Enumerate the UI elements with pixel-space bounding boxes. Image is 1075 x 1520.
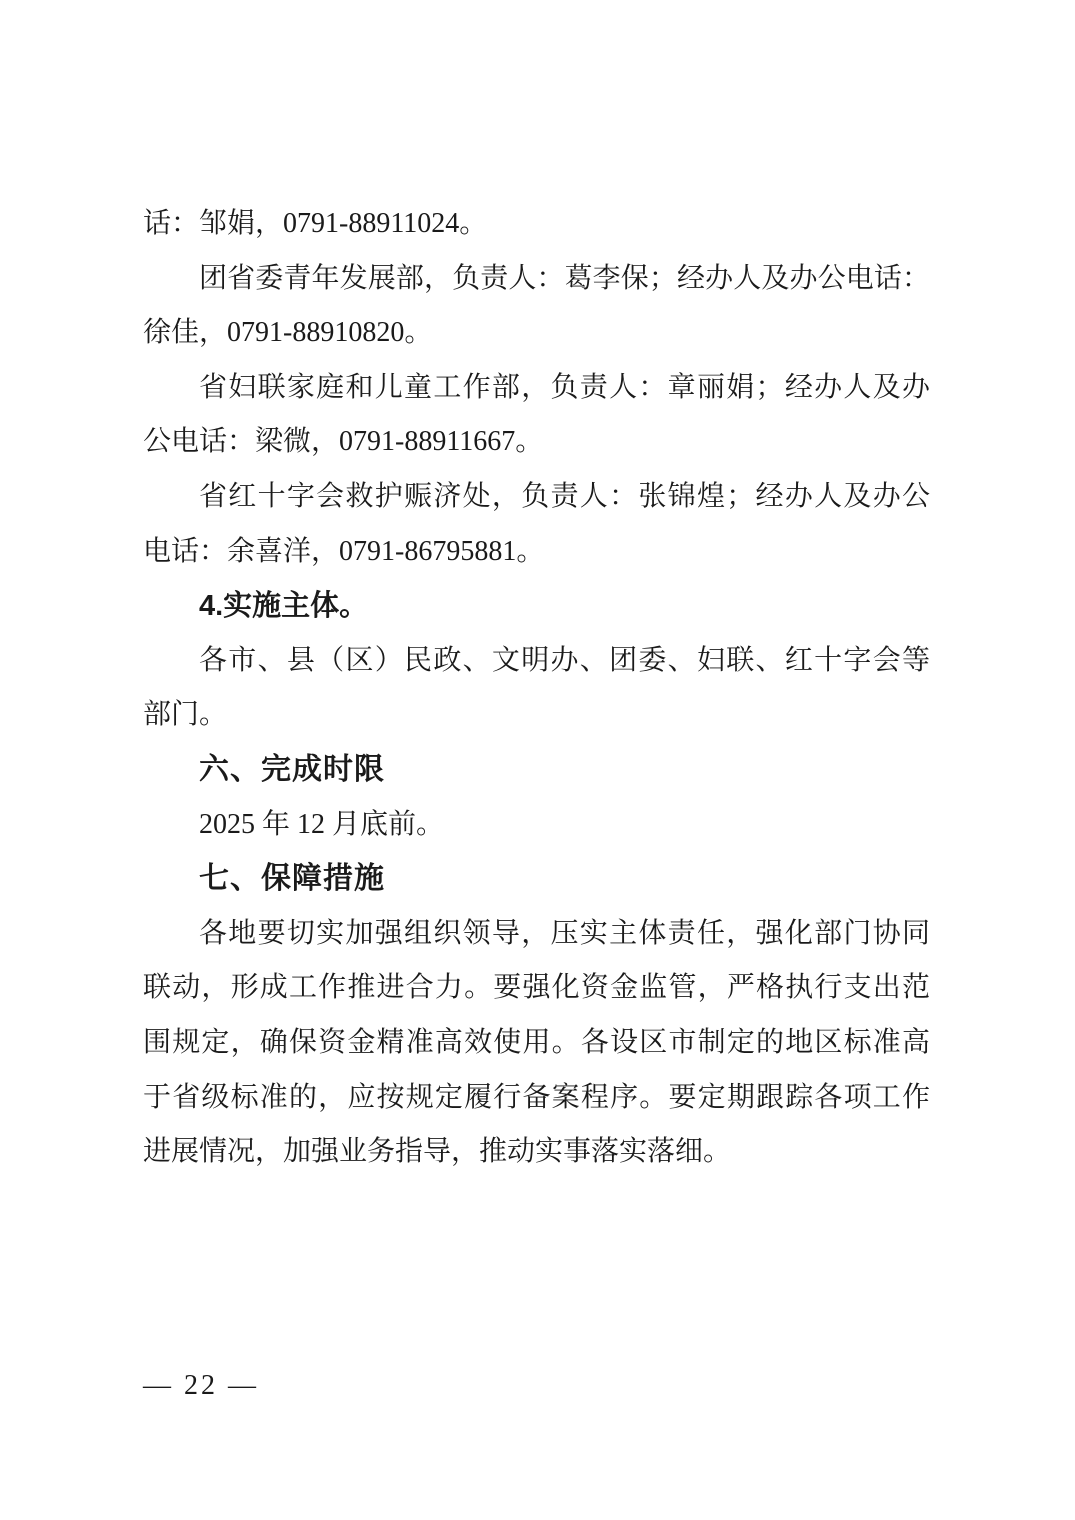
text-line: 徐佳，0791-88910820。 [143,306,930,361]
text-line: 团省委青年发展部，负责人：葛李保；经办人及办公电话： [143,252,930,307]
text-line: 省红十字会救护赈济处，负责人：张锦煌；经办人及办公 [143,470,930,525]
page-number: — 22 — [143,1369,259,1403]
text-line: 各地要切实加强组织领导，压实主体责任，强化部门协同 [143,907,930,962]
text-line: 省妇联家庭和儿童工作部，负责人：章丽娟；经办人及办 [143,361,930,416]
text-line: 围规定，确保资金精准高效使用。各设区市制定的地区标准高 [143,1016,930,1071]
section-heading: 七、保障措施 [143,852,930,907]
text-line: 部门。 [143,688,930,743]
text-line: 话：邹娟，0791-88911024。 [143,197,930,252]
document-page: 话：邹娟，0791-88911024。 团省委青年发展部，负责人：葛李保；经办人… [0,0,1075,1520]
document-body: 话：邹娟，0791-88911024。 团省委青年发展部，负责人：葛李保；经办人… [143,197,930,1180]
section-heading: 六、完成时限 [143,743,930,798]
text-line: 于省级标准的，应按规定履行备案程序。要定期跟踪各项工作 [143,1071,930,1126]
text-line: 公电话：梁微，0791-88911667。 [143,415,930,470]
text-line: 进展情况，加强业务指导，推动实事落实落细。 [143,1125,930,1180]
text-line: 电话：余喜洋，0791-86795881。 [143,525,930,580]
subsection-heading: 4.实施主体。 [143,579,930,634]
text-line: 联动，形成工作推进合力。要强化资金监管，严格执行支出范 [143,961,930,1016]
text-line: 2025 年 12 月底前。 [143,798,930,853]
text-line: 各市、县（区）民政、文明办、团委、妇联、红十字会等 [143,634,930,689]
